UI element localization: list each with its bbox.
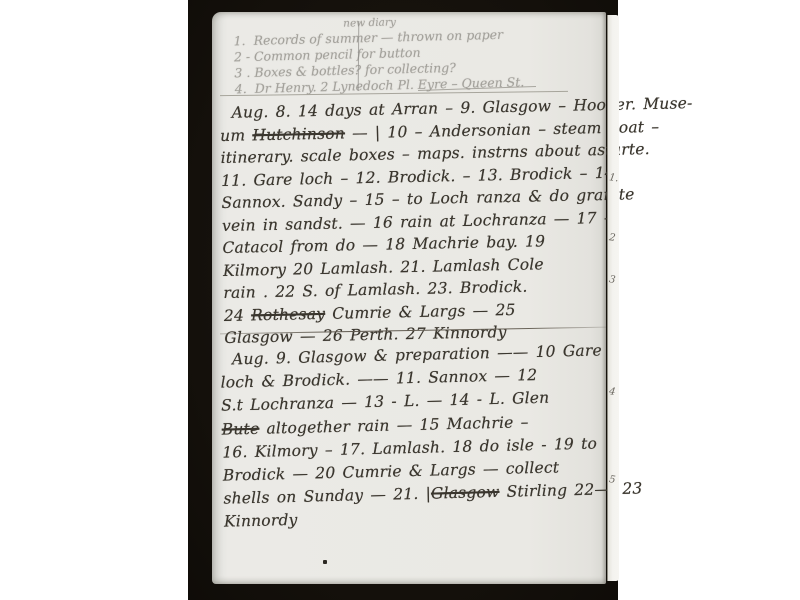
edge-number: 4: [608, 386, 619, 399]
edge-number: 1.: [608, 172, 619, 185]
struck-word: Hutchinson: [252, 124, 345, 144]
ink-dot: [323, 560, 327, 564]
pencil-notes: new diary 1. Records of summer — thrown …: [225, 10, 597, 97]
struck-word: Bute: [222, 419, 260, 438]
facing-page-edge: 1. 2 3 4 5: [607, 15, 619, 581]
struck-word: Rothesay: [251, 304, 325, 324]
pencil-item-number: 3 .: [226, 65, 254, 82]
pencil-item-number: 2 -: [226, 49, 254, 66]
edge-number: 3: [608, 274, 619, 287]
ink-entry-aug9: Aug. 9. Glasgow & preparation —— 10 Gare…: [220, 339, 606, 534]
notebook-photo: new diary 1. Records of summer — thrown …: [188, 0, 618, 600]
struck-word: Glasgow: [431, 483, 500, 503]
manuscript-page: new diary 1. Records of summer — thrown …: [212, 12, 606, 584]
pencil-interline-note: new diary: [343, 14, 396, 31]
pencil-item-number: 1.: [225, 33, 253, 50]
ink-entry-aug8: Aug. 8. 14 days at Arran – 9. Glasgow – …: [219, 94, 606, 349]
edge-number: 2: [608, 232, 619, 245]
edge-number: 5: [608, 474, 619, 487]
